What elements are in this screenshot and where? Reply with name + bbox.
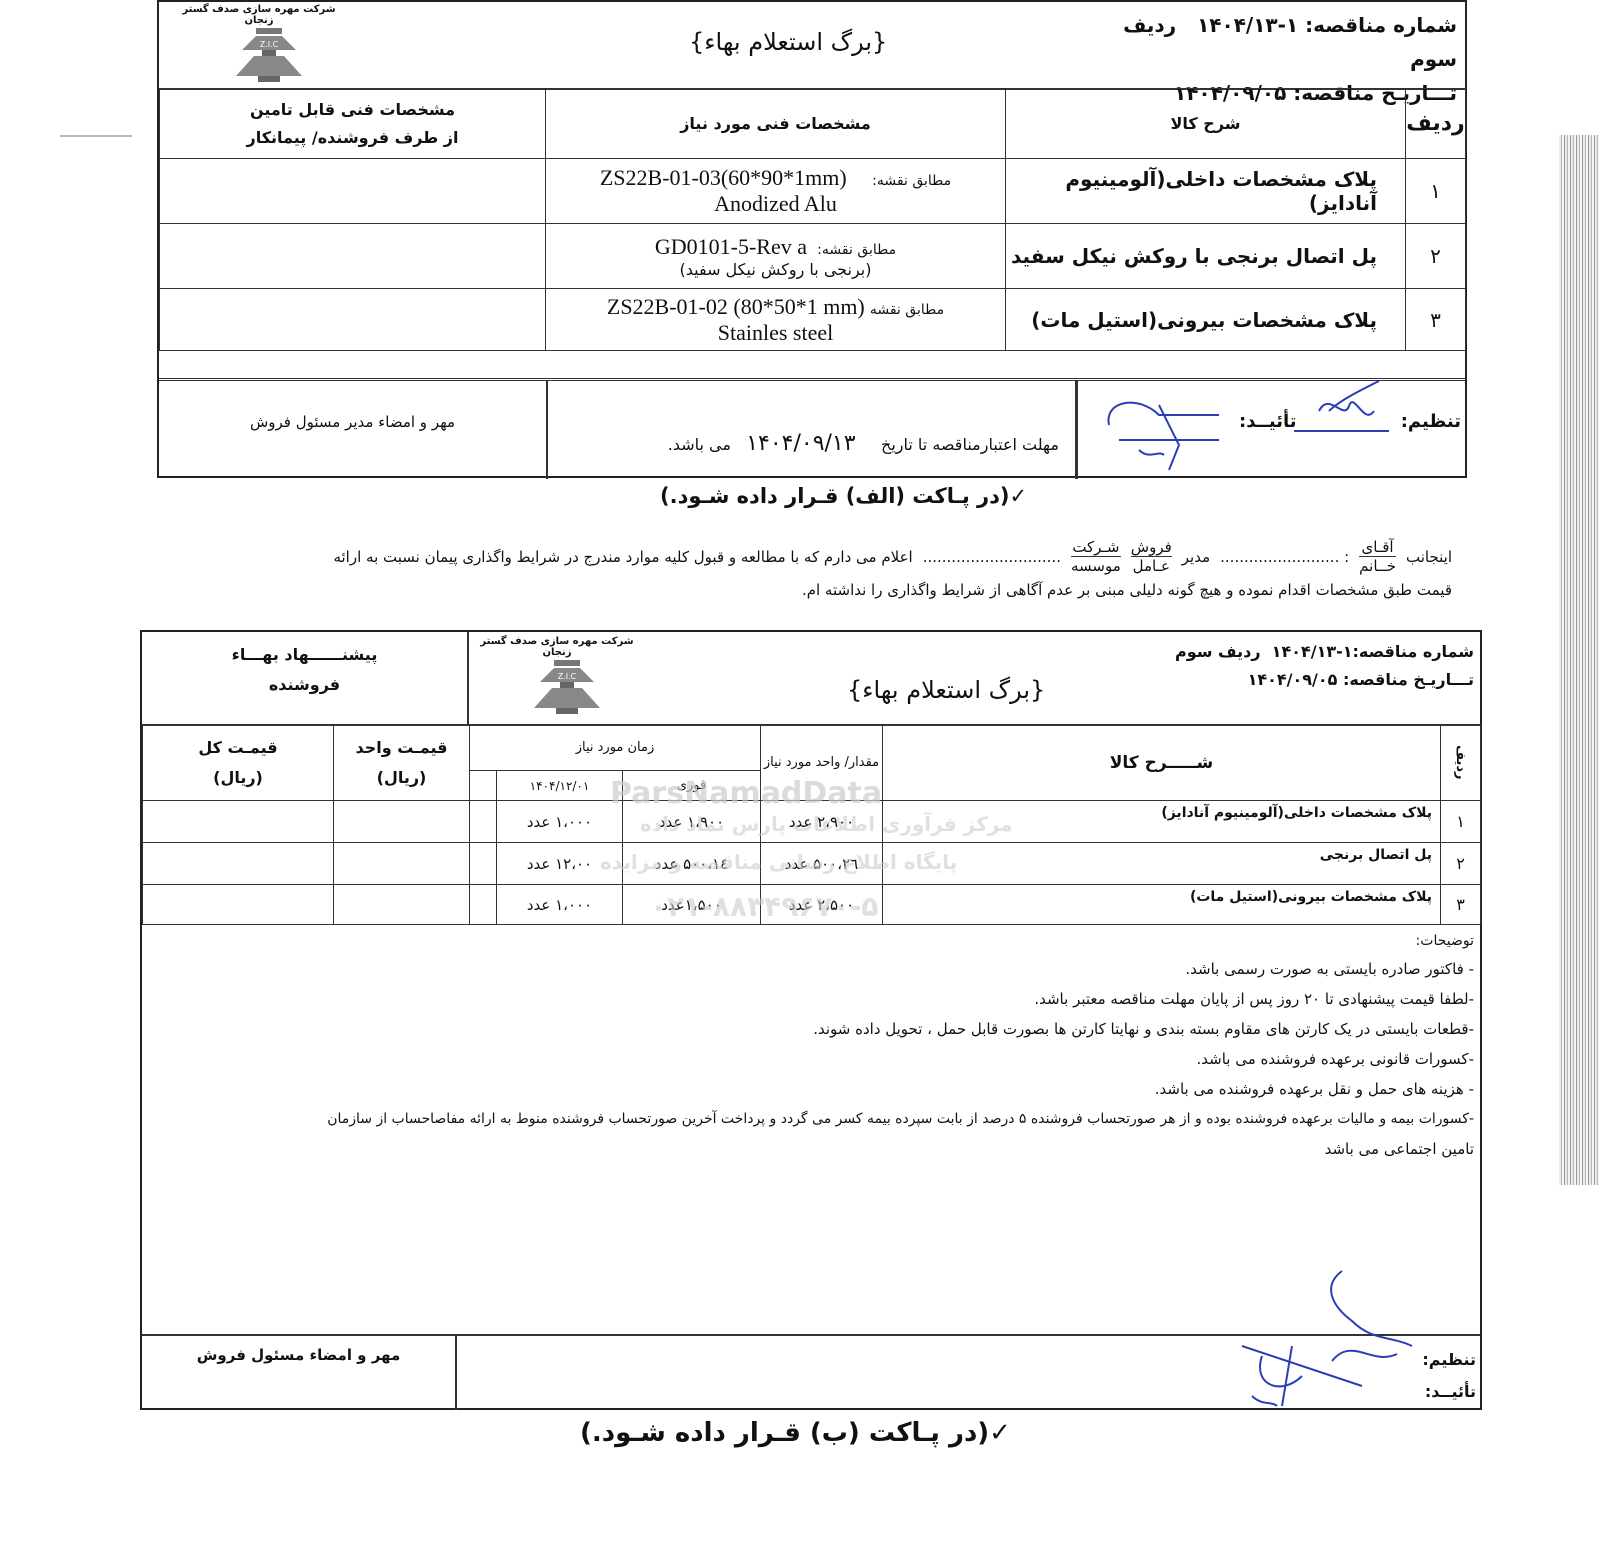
company-logo: Z.I.C شرکت مهره سازی صدف گستر زنجان bbox=[179, 6, 339, 86]
supply-spec-cell[interactable] bbox=[160, 224, 546, 289]
form-a: شماره مناقصه: ۱-۱۴۰۴/۱۳ ردیف سوم تـــاری… bbox=[157, 0, 1467, 478]
item-description: پلاک مشخصات داخلی(آلومینیوم آنادایز) bbox=[1006, 159, 1406, 224]
form-a-header: شماره مناقصه: ۱-۱۴۰۴/۱۳ ردیف سوم تـــاری… bbox=[159, 2, 1465, 90]
tender-no: ۱-۱۴۰۴/۱۳ bbox=[1197, 13, 1298, 37]
item-spec: مطابق نقشه: GD0101-5-Rev a (برنجی با روک… bbox=[546, 224, 1006, 289]
table-row: ۱ پلاک مشخصات داخلی(آلومینیوم آنادایز) م… bbox=[160, 159, 1466, 224]
form-title: {برگ استعلام بهاء} bbox=[689, 28, 887, 56]
company-logo: Z.I.C شرکت مهره سازی صدف گستر زنجان bbox=[477, 638, 637, 718]
total-price-input[interactable] bbox=[143, 801, 334, 843]
table-row: ۲ پل اتصال برنجی با روکش نیکل سفید مطابق… bbox=[160, 224, 1466, 289]
table-row: ۳ پلاک مشخصات بیرونی(استیل مات) ۲،۵۰۰ عد… bbox=[143, 885, 1481, 925]
declaration: اینجانب آقـایخــانم : ..................… bbox=[140, 538, 1452, 599]
stamp-label: مهر و امضاء مسئول فروش bbox=[142, 1346, 455, 1364]
note-item: -کسورات بیمه و مالیات برعهده فروشنده بود… bbox=[148, 1104, 1474, 1134]
item-spec: مطابق نقشه ZS22B-01-02 (80*50*1 mm) Stai… bbox=[546, 289, 1006, 351]
col-time-immediate: فوری bbox=[623, 771, 761, 801]
notes-section: توضیحات: - فاکتور صادره بایستی به صورت ر… bbox=[148, 928, 1474, 1164]
declaration-line-1: اینجانب آقـایخــانم : ..................… bbox=[140, 538, 1452, 575]
company-field[interactable]: ............................. bbox=[923, 548, 1061, 566]
form-b-footer: مهر و امضاء مسئول فروش تنظیم: تأئیــد: bbox=[142, 1334, 1480, 1410]
packet-a-note: ✓(در پـاکت (الف) قـرار داده شـود.) bbox=[660, 484, 1027, 508]
note-item: -لطفا قیمت پیشنهادی تا ۲۰ روز پس از پایا… bbox=[148, 984, 1474, 1014]
supply-spec-cell[interactable] bbox=[160, 289, 546, 351]
logo-company-name: شرکت مهره سازی صدف گستر زنجان bbox=[477, 636, 637, 658]
item-description: پلاک مشخصات بیرونی(استیل مات) bbox=[1006, 289, 1406, 351]
row-number: ۲ bbox=[1406, 224, 1466, 289]
table-header-row: ردیف شـــــرح کالا مقدار/ واحد مورد نیاز… bbox=[143, 725, 1481, 771]
total-price-input[interactable] bbox=[143, 885, 334, 925]
form-b-price-table: ردیف شـــــرح کالا مقدار/ واحد مورد نیاز… bbox=[142, 724, 1481, 925]
table-header-row: ردیف شرح کالا مشخصات فنی مورد نیاز مشخصا… bbox=[160, 89, 1466, 159]
signature-b bbox=[1222, 1266, 1422, 1416]
note-item: تامین اجتماعی می باشد bbox=[148, 1134, 1474, 1164]
form-b-header: پیشنــــــهاد بهـــاءفروشنده Z.I.C شرکت … bbox=[142, 632, 1480, 726]
form-title: {برگ استعلام بهاء} bbox=[847, 676, 1045, 704]
row-number: ۱ bbox=[1406, 159, 1466, 224]
total-price-input[interactable] bbox=[143, 843, 334, 885]
col-time-date: ۱۴۰۴/۱۲/۰۱ bbox=[497, 771, 623, 801]
validity-text: مهلت اعتبارمناقصه تا تاریخ ۱۴۰۴/۰۹/۱۳ می… bbox=[559, 431, 1059, 456]
insulator-logo-icon: Z.I.C bbox=[532, 658, 602, 718]
note-item: -قطعات بایستی در یک کارتن های مقاوم بسته… bbox=[148, 1014, 1474, 1044]
col-unit-price: قیمـت واحد(ریال) bbox=[334, 725, 470, 801]
table-row: ۳ پلاک مشخصات بیرونی(استیل مات) مطابق نق… bbox=[160, 289, 1466, 351]
col-supply: مشخصات فنی قابل تامیناز طرف فروشنده/ پیم… bbox=[160, 89, 546, 159]
form-b-tender-info: شماره مناقصه:۱-۱۴۰۴/۱۳ ردیف سوم تـــاریـ… bbox=[1174, 638, 1474, 694]
validity-date: ۱۴۰۴/۰۹/۱۳ bbox=[746, 431, 855, 456]
col-row: ردیف bbox=[1441, 725, 1481, 801]
note-item: -کسورات قانونی برعهده فروشنده می باشد. bbox=[148, 1044, 1474, 1074]
col-desc: شـــــرح کالا bbox=[883, 725, 1441, 801]
unit-price-input[interactable] bbox=[334, 885, 470, 925]
note-item: - هزینه های حمل و نقل برعهده فروشنده می … bbox=[148, 1074, 1474, 1104]
approved-label: تأئیــد: bbox=[1425, 1382, 1476, 1401]
notes-title: توضیحات: bbox=[148, 928, 1474, 954]
stamp-label: مهر و امضاء مدیر مسئول فروش bbox=[159, 413, 546, 431]
col-time: زمان مورد نیاز bbox=[470, 725, 761, 771]
spacer-row bbox=[160, 351, 1466, 379]
approved-label: تأئیــد: bbox=[1239, 411, 1297, 432]
name-field[interactable]: : ......................... bbox=[1220, 548, 1349, 566]
prepared-label: تنظیم: bbox=[1422, 1350, 1476, 1369]
row-number: ۳ bbox=[1406, 289, 1466, 351]
signature-approved bbox=[1099, 385, 1229, 475]
logo-company-name: شرکت مهره سازی صدف گستر زنجان bbox=[179, 4, 339, 26]
form-b: پیشنــــــهاد بهـــاءفروشنده Z.I.C شرکت … bbox=[140, 630, 1482, 1410]
insulator-logo-icon: Z.I.C bbox=[234, 26, 304, 86]
supply-spec-cell[interactable] bbox=[160, 159, 546, 224]
scan-edge-noise bbox=[1559, 135, 1599, 1185]
col-row: ردیف bbox=[1406, 89, 1466, 159]
form-a-footer: مهر و امضاء مدیر مسئول فروش مهلت اعتبارم… bbox=[159, 378, 1465, 479]
unit-price-input[interactable] bbox=[334, 843, 470, 885]
declaration-line-2: قیمت طبق مشخصات اقدام نموده و هیچ گونه د… bbox=[140, 581, 1452, 599]
note-item: - فاکتور صادره بایستی به صورت رسمی باشد. bbox=[148, 954, 1474, 984]
item-description: پل اتصال برنجی با روکش نیکل سفید bbox=[1006, 224, 1406, 289]
prepared-label: تنظیم: bbox=[1401, 411, 1461, 432]
svg-text:Z.I.C: Z.I.C bbox=[558, 672, 577, 681]
col-total-price: قیمـت کل(ریال) bbox=[143, 725, 334, 801]
tender-no-label: شماره مناقصه: bbox=[1305, 13, 1457, 37]
svg-text:Z.I.C: Z.I.C bbox=[260, 40, 279, 49]
form-a-items-table: ردیف شرح کالا مشخصات فنی مورد نیاز مشخصا… bbox=[159, 88, 1466, 379]
col-spec: مشخصات فنی مورد نیاز bbox=[546, 89, 1006, 159]
item-spec: مطابق نقشه: ZS22B-01-03(60*90*1mm) Anodi… bbox=[546, 159, 1006, 224]
unit-price-input[interactable] bbox=[334, 801, 470, 843]
signature-prepared bbox=[1289, 381, 1399, 441]
margin-mark bbox=[60, 135, 132, 137]
offer-header: پیشنــــــهاد بهـــاءفروشنده bbox=[142, 640, 467, 700]
packet-b-note: ✓(در پـاکت (ب) قـرار داده شـود.) bbox=[580, 1418, 1011, 1448]
table-row: ۱ پلاک مشخصات داخلی(آلومینیوم آنادایز) ۲… bbox=[143, 801, 1481, 843]
table-row: ۲ پل اتصال برنجی ۲٦،۵۰۰ عدد ۱٤،۵۰۰ عدد ۱… bbox=[143, 843, 1481, 885]
col-qty: مقدار/ واحد مورد نیاز bbox=[761, 725, 883, 801]
col-desc: شرح کالا bbox=[1006, 89, 1406, 159]
